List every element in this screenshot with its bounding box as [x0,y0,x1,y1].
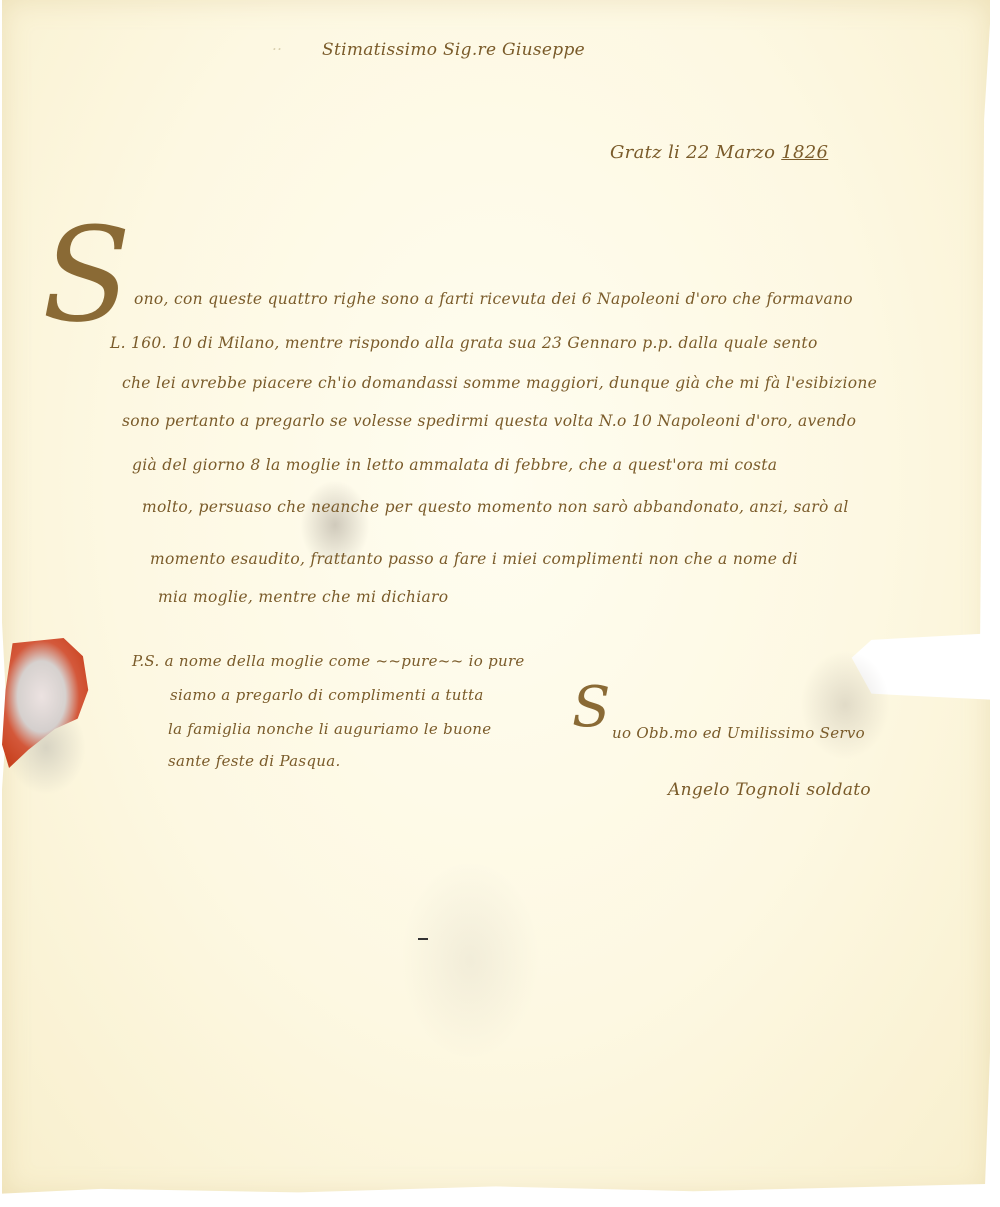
body-line: ono, con queste quattro righe sono a far… [134,290,853,308]
body-line: mia moglie, mentre che mi dichiaro [158,588,448,606]
salutation: Stimatissimo Sig.re Giuseppe [322,40,585,60]
ink-mark [418,938,428,940]
date-place-day: Gratz li 22 Marzo [610,142,775,163]
closing-initial: S [572,680,610,736]
body-line: L. 160. 10 di Milano, mentre rispondo al… [110,334,818,352]
postscript-line: siamo a pregarlo di complimenti a tutta [170,686,484,704]
body-line: momento esaudito, frattanto passo a fare… [150,550,798,568]
postscript-line: P.S. a nome della moglie come ~~pure~~ i… [132,652,525,670]
signature: Angelo Tognoli soldato [668,780,871,800]
body-line: sono pertanto a pregarlo se volesse sped… [122,412,856,430]
postscript-line: la famiglia nonche li auguriamo le buone [168,720,491,738]
date-year: 1826 [781,142,828,163]
dateline: Gratz li 22 Marzo 1826 [610,142,828,163]
postscript-line: sante feste di Pasqua. [168,752,341,770]
body-line: già del giorno 8 la moglie in letto amma… [132,456,777,474]
body-line: che lei avrebbe piacere ch'io domandassi… [122,374,877,392]
paper-shadow [400,860,540,1060]
body-line: molto, persuaso che neanche per questo m… [142,498,849,516]
closing-line: uo Obb.mo ed Umilissimo Servo [612,724,865,742]
ink-stain [800,650,890,760]
decorative-initial: S [42,210,212,330]
margin-mark: .. [272,36,282,54]
